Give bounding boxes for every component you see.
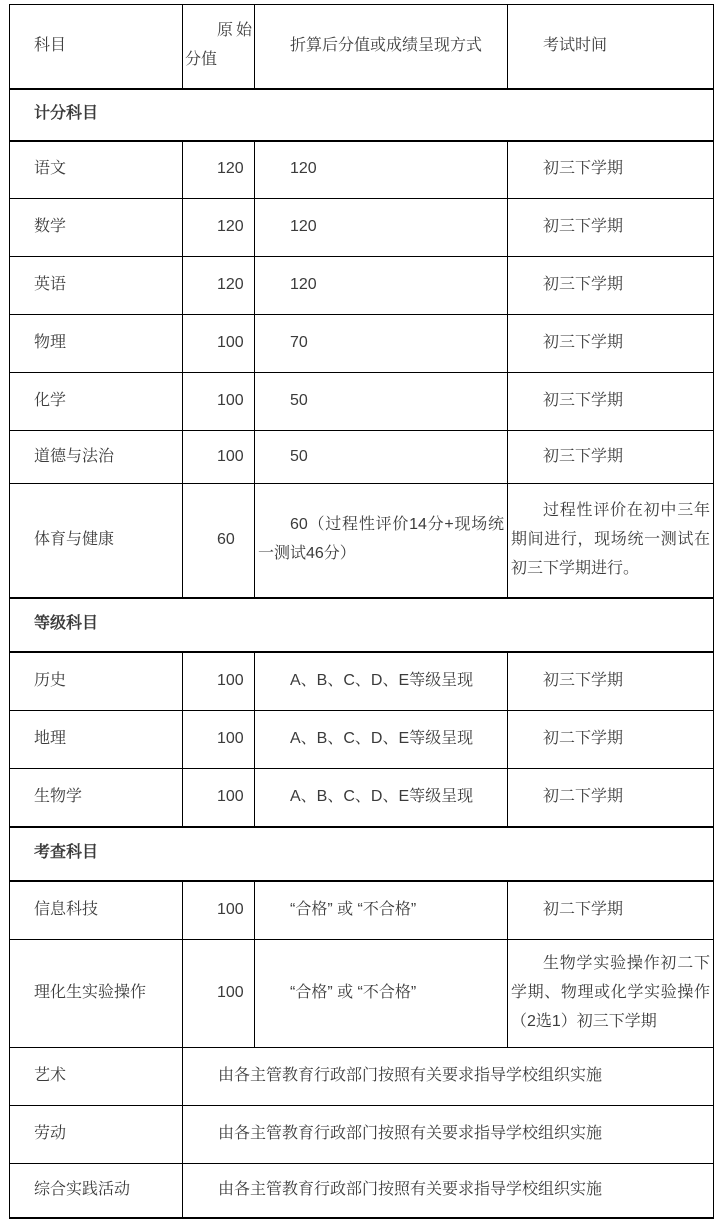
exam-time-cell: 初二下学期 — [508, 881, 714, 940]
table-row: 理化生实验操作 100 “合格” 或 “不合格” 生物学实验操作初二下学期、物理… — [10, 940, 714, 1048]
table-row: 信息科技 100 “合格” 或 “不合格” 初二下学期 — [10, 881, 714, 940]
converted-score-cell: 50 — [255, 373, 508, 431]
exam-time-cell: 生物学实验操作初二下学期、物理或化学实验操作（2选1）初三下学期 — [508, 940, 714, 1048]
table-row: 语文 120 120 初三下学期 — [10, 141, 714, 199]
converted-score-cell: 50 — [255, 431, 508, 484]
table-row: 道德与法治 100 50 初三下学期 — [10, 431, 714, 484]
subject-cell: 体育与健康 — [10, 484, 183, 598]
subject-cell: 信息科技 — [10, 881, 183, 940]
converted-score-cell: A、B、C、D、E等级呈现 — [255, 769, 508, 827]
converted-score-cell: 120 — [255, 199, 508, 257]
converted-score-cell: 70 — [255, 315, 508, 373]
exam-time-cell: 初三下学期 — [508, 315, 714, 373]
header-converted-score: 折算后分值或成绩呈现方式 — [255, 5, 508, 89]
original-score-cell: 120 — [183, 199, 255, 257]
table-row: 英语 120 120 初三下学期 — [10, 257, 714, 315]
exam-time-cell: 初三下学期 — [508, 141, 714, 199]
subject-cell: 数学 — [10, 199, 183, 257]
converted-score-cell: A、B、C、D、E等级呈现 — [255, 711, 508, 769]
section-label: 计分科目 — [10, 89, 714, 141]
converted-score-cell: “合格” 或 “不合格” — [255, 940, 508, 1048]
subject-cell: 语文 — [10, 141, 183, 199]
exam-time-cell: 过程性评价在初中三年期间进行，现场统一测试在初三下学期进行。 — [508, 484, 714, 598]
exam-time-cell: 初二下学期 — [508, 711, 714, 769]
table-row: 历史 100 A、B、C、D、E等级呈现 初三下学期 — [10, 652, 714, 711]
original-score-cell: 100 — [183, 431, 255, 484]
original-score-cell: 100 — [183, 881, 255, 940]
subject-cell: 地理 — [10, 711, 183, 769]
exam-time-cell: 初三下学期 — [508, 431, 714, 484]
subject-cell: 艺术 — [10, 1048, 183, 1106]
subject-cell: 劳动 — [10, 1106, 183, 1164]
subject-cell: 综合实践活动 — [10, 1164, 183, 1218]
subject-cell: 历史 — [10, 652, 183, 711]
section-row-scored-subjects: 计分科目 — [10, 89, 714, 141]
header-exam-time: 考试时间 — [508, 5, 714, 89]
table-row: 化学 100 50 初三下学期 — [10, 373, 714, 431]
original-score-cell: 100 — [183, 769, 255, 827]
section-row-graded-subjects: 等级科目 — [10, 598, 714, 652]
exam-subjects-table: 科目 原始分值 折算后分值或成绩呈现方式 考试时间 计分科目 语文 120 12… — [9, 4, 714, 1219]
section-row-assessed-subjects: 考查科目 — [10, 827, 714, 881]
section-label: 考查科目 — [10, 827, 714, 881]
converted-score-cell: 120 — [255, 257, 508, 315]
original-score-cell: 120 — [183, 141, 255, 199]
converted-score-cell: 60（过程性评价14分+现场统一测试46分） — [255, 484, 508, 598]
table-row: 数学 120 120 初三下学期 — [10, 199, 714, 257]
section-label: 等级科目 — [10, 598, 714, 652]
table-row: 体育与健康 60 60（过程性评价14分+现场统一测试46分） 过程性评价在初中… — [10, 484, 714, 598]
original-score-cell: 120 — [183, 257, 255, 315]
converted-score-cell: A、B、C、D、E等级呈现 — [255, 652, 508, 711]
subject-cell: 英语 — [10, 257, 183, 315]
header-original-score: 原始分值 — [183, 5, 255, 89]
converted-score-cell: 120 — [255, 141, 508, 199]
table-header-row: 科目 原始分值 折算后分值或成绩呈现方式 考试时间 — [10, 5, 714, 89]
converted-score-cell: “合格” 或 “不合格” — [255, 881, 508, 940]
original-score-cell: 100 — [183, 652, 255, 711]
table-row: 艺术 由各主管教育行政部门按照有关要求指导学校组织实施 — [10, 1048, 714, 1106]
table-row: 地理 100 A、B、C、D、E等级呈现 初二下学期 — [10, 711, 714, 769]
exam-time-cell: 初三下学期 — [508, 257, 714, 315]
implementation-note-cell: 由各主管教育行政部门按照有关要求指导学校组织实施 — [183, 1106, 714, 1164]
original-score-cell: 100 — [183, 940, 255, 1048]
implementation-note-cell: 由各主管教育行政部门按照有关要求指导学校组织实施 — [183, 1048, 714, 1106]
exam-time-cell: 初三下学期 — [508, 652, 714, 711]
table-row: 物理 100 70 初三下学期 — [10, 315, 714, 373]
subject-cell: 理化生实验操作 — [10, 940, 183, 1048]
original-score-cell: 100 — [183, 373, 255, 431]
subject-cell: 生物学 — [10, 769, 183, 827]
header-subject: 科目 — [10, 5, 183, 89]
original-score-cell: 60 — [183, 484, 255, 598]
exam-time-cell: 初二下学期 — [508, 769, 714, 827]
table-row: 综合实践活动 由各主管教育行政部门按照有关要求指导学校组织实施 — [10, 1164, 714, 1218]
subject-cell: 道德与法治 — [10, 431, 183, 484]
implementation-note-cell: 由各主管教育行政部门按照有关要求指导学校组织实施 — [183, 1164, 714, 1218]
original-score-cell: 100 — [183, 315, 255, 373]
subject-cell: 物理 — [10, 315, 183, 373]
exam-time-cell: 初三下学期 — [508, 199, 714, 257]
table-row: 劳动 由各主管教育行政部门按照有关要求指导学校组织实施 — [10, 1106, 714, 1164]
exam-time-cell: 初三下学期 — [508, 373, 714, 431]
subject-cell: 化学 — [10, 373, 183, 431]
table-row: 生物学 100 A、B、C、D、E等级呈现 初二下学期 — [10, 769, 714, 827]
original-score-cell: 100 — [183, 711, 255, 769]
